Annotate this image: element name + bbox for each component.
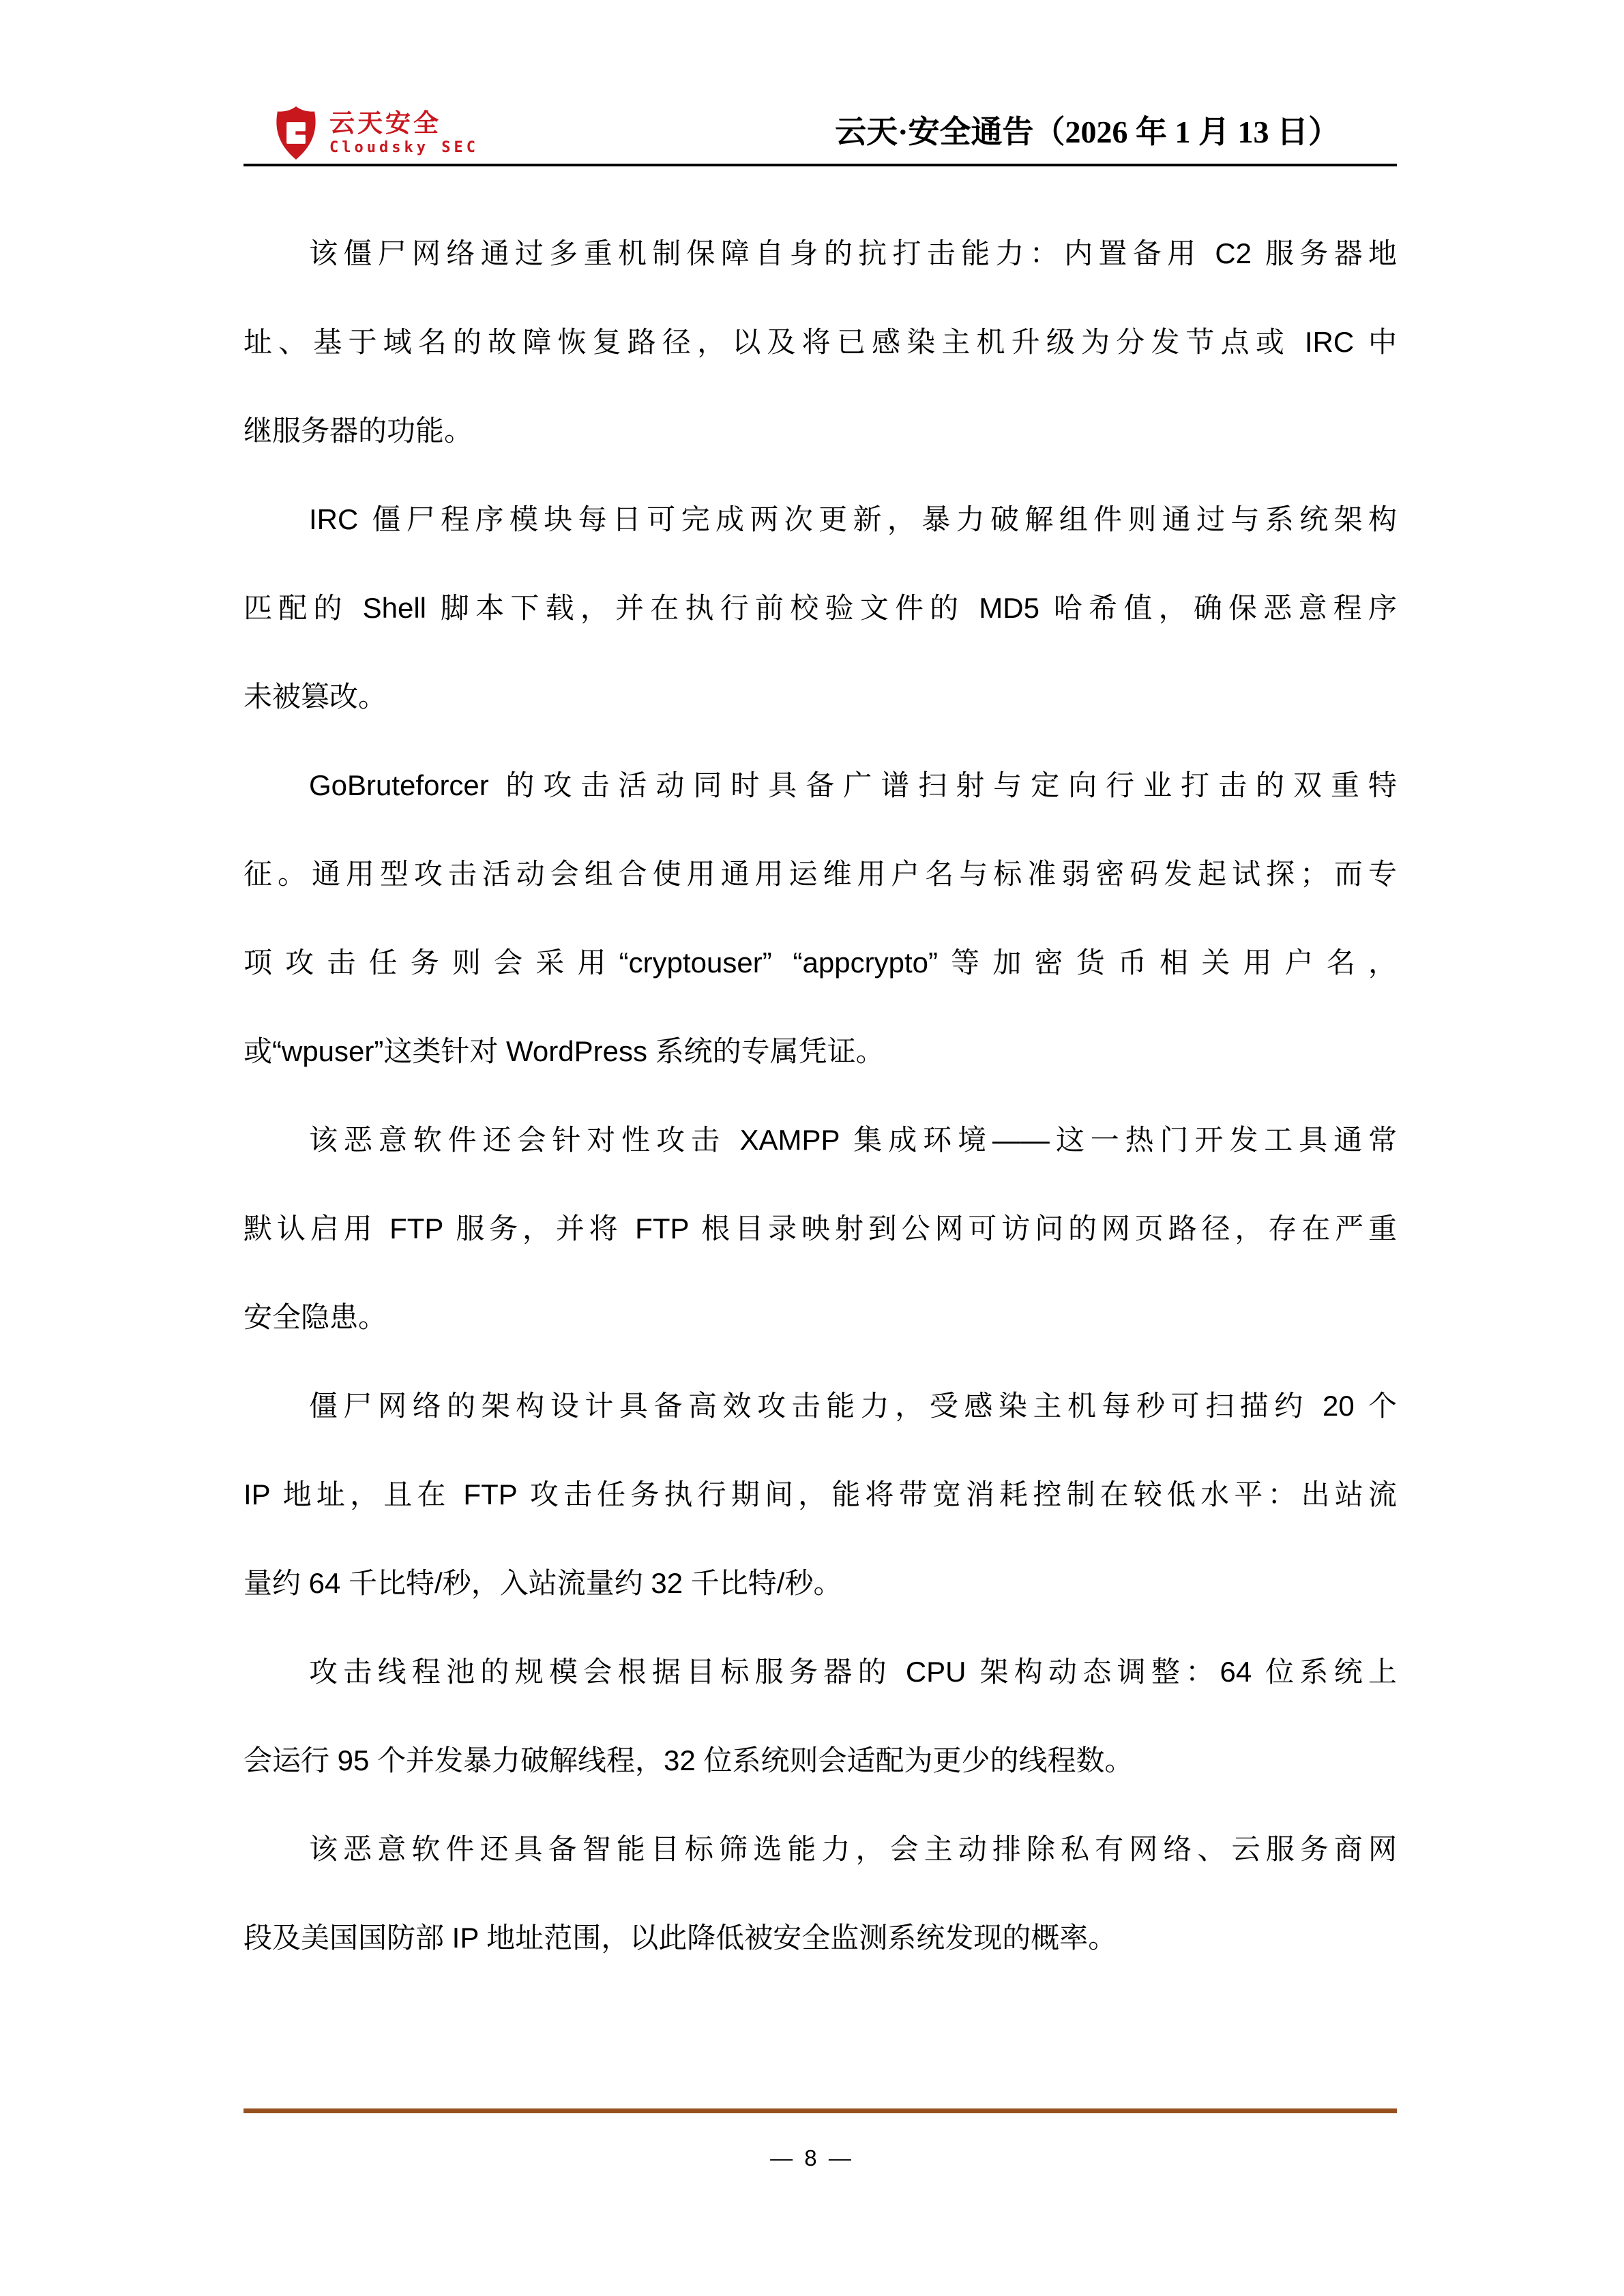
text-line: GoBruteforcer 的攻击活动同时具备广谱扫射与定向行业打击的双重特 [243, 741, 1397, 830]
text-line: 或“wpuser”这类针对 WordPress 系统的专属凭证。 [243, 1007, 1397, 1096]
text-line: 该僵尸网络通过多重机制保障自身的抗打击能力：内置备用 C2 服务器地 [243, 209, 1397, 298]
logo-subtitle: Cloudsky SEC [329, 138, 479, 158]
footer-rule [243, 2108, 1397, 2113]
text-line: 攻击线程池的规模会根据目标服务器的 CPU 架构动态调整：64 位系统上 [243, 1628, 1397, 1716]
text-line: 征。通用型攻击活动会组合使用通用运维用户名与标准弱密码发起试探；而专 [243, 830, 1397, 919]
page-number: — 8 — [0, 2145, 1624, 2171]
page-header: 云天安全 Cloudsky SEC 云天·安全通告（2026 年 1 月 13 … [243, 0, 1397, 166]
text-line: 会运行 95 个并发暴力破解线程，32 位系统则会适配为更少的线程数。 [243, 1716, 1397, 1805]
text-line: 址、基于域名的故障恢复路径，以及将已感染主机升级为分发节点或 IRC 中 [243, 298, 1397, 387]
text-line: 匹配的 Shell 脚本下载，并在执行前校验文件的 MD5 哈希值，确保恶意程序 [243, 564, 1397, 653]
text-line: 默认启用 FTP 服务，并将 FTP 根目录映射到公网可访问的网页路径，存在严重 [243, 1184, 1397, 1273]
text-line: 段及美国国防部 IP 地址范围，以此降低被安全监测系统发现的概率。 [243, 1894, 1397, 1982]
document-body: 该僵尸网络通过多重机制保障自身的抗打击能力：内置备用 C2 服务器地 址、基于域… [243, 209, 1397, 1982]
text-line: 该恶意软件还具备智能目标筛选能力，会主动排除私有网络、云服务商网 [243, 1805, 1397, 1894]
document-page: 云天安全 Cloudsky SEC 云天·安全通告（2026 年 1 月 13 … [0, 0, 1624, 2296]
text-line: 未被篡改。 [243, 653, 1397, 741]
text-line: 项攻击任务则会采用“cryptouser” “appcrypto”等加密货币相关… [243, 919, 1397, 1007]
text-line: 该恶意软件还会针对性攻击 XAMPP 集成环境——这一热门开发工具通常 [243, 1096, 1397, 1184]
text-line: 安全隐患。 [243, 1273, 1397, 1362]
page-title: 云天·安全通告（2026 年 1 月 13 日） [835, 115, 1397, 150]
text-line: 继服务器的功能。 [243, 387, 1397, 475]
logo-brand-name: 云天安全 [329, 108, 479, 138]
text-line: IRC 僵尸程序模块每日可完成两次更新，暴力破解组件则通过与系统架构 [243, 475, 1397, 564]
text-line: 僵尸网络的架构设计具备高效攻击能力，受感染主机每秒可扫描约 20 个 [243, 1362, 1397, 1450]
logo-text: 云天安全 Cloudsky SEC [329, 108, 479, 158]
text-line: 量约 64 千比特/秒，入站流量约 32 千比特/秒。 [243, 1539, 1397, 1628]
shield-c-icon [274, 105, 319, 161]
cloudsky-logo: 云天安全 Cloudsky SEC [274, 105, 479, 161]
text-line: IP 地址，且在 FTP 攻击任务执行期间，能将带宽消耗控制在较低水平：出站流 [243, 1450, 1397, 1539]
